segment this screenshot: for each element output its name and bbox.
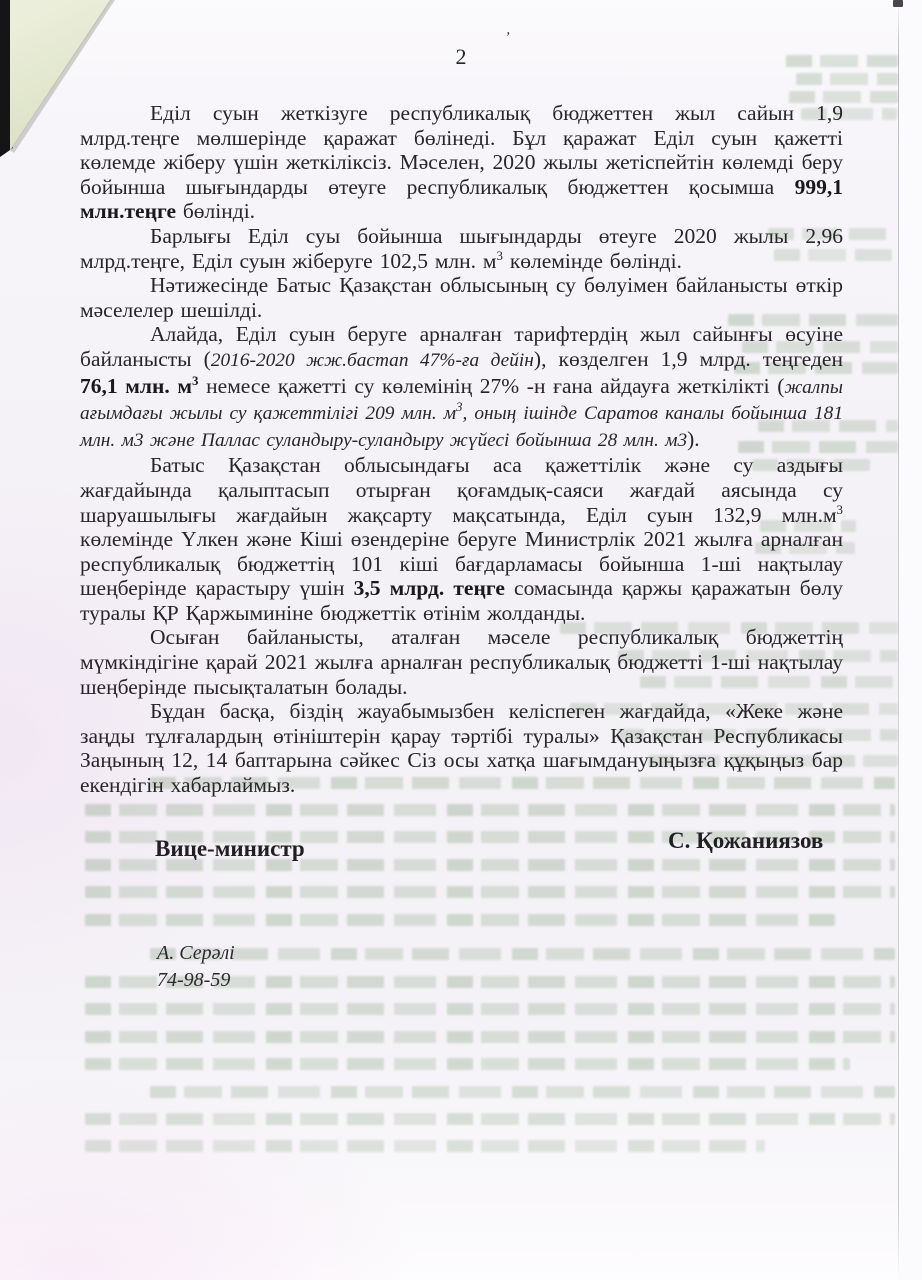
executor-contact: А. Серәлі 74-98-59 — [157, 940, 235, 994]
signatory-title: Вице-министр — [155, 836, 305, 862]
bleed-through-line — [796, 73, 898, 85]
bleed-through-line — [85, 1058, 850, 1070]
paragraph-budget-allocation: Еділ суын жеткізуге республикалық бюджет… — [80, 101, 843, 224]
bleed-through-line — [150, 948, 895, 960]
executor-phone: 74-98-59 — [157, 967, 235, 994]
scan-corner-mark — [893, 0, 903, 7]
page-number: 2 — [0, 44, 922, 70]
paragraph-budget-refinement: Осыған байланысты, аталған мәселе респуб… — [80, 625, 843, 699]
bleed-through-line — [85, 886, 895, 898]
signatory-name: С. Қожаниязов — [668, 828, 823, 854]
bleed-through-line — [85, 1031, 895, 1043]
bleed-through-line — [85, 1140, 765, 1152]
executor-name: А. Серәлі — [157, 940, 235, 967]
paragraph-issues-resolved: Нәтижесінде Батыс Қазақстан облысының су… — [80, 273, 843, 322]
bleed-through-line — [85, 1003, 895, 1015]
letter-body: Еділ суын жеткізуге республикалық бюджет… — [80, 101, 843, 798]
paragraph-total-costs: Барлығы Еділ суы бойынша шығындарды өтеу… — [80, 224, 843, 273]
scanned-letter-page: ’ 2 Еділ суын жеткізуге республикалық бю… — [0, 0, 922, 1280]
bleed-through-line — [85, 804, 895, 816]
bleed-through-line — [85, 1113, 895, 1125]
paragraph-budget-request: Батыс Қазақстан облысындағы аса қажеттіл… — [80, 453, 843, 625]
bleed-through-line — [150, 1086, 895, 1098]
paper-right-edge — [898, 0, 899, 1280]
paragraph-appeal-rights: Бұдан басқа, біздің жауабымызбен келіспе… — [80, 699, 843, 797]
bleed-through-line — [85, 914, 835, 926]
paper-right-margin-strip — [899, 0, 922, 1280]
paragraph-tariff-growth: Алайда, Еділ суын беруге арналған тарифт… — [80, 322, 843, 453]
